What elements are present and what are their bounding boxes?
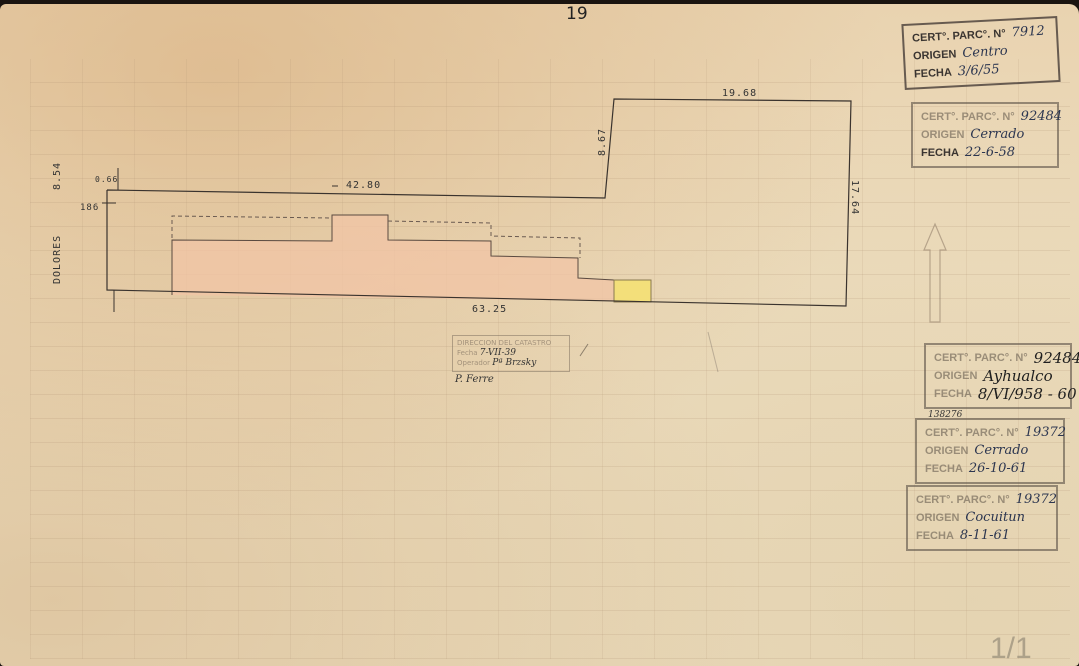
frontage-dimension: 8.54 (52, 162, 63, 190)
built-area (172, 215, 614, 301)
side-marker: 186 (80, 203, 99, 213)
offset-dimension: 0.66 (95, 175, 118, 184)
north-arrow-icon (922, 222, 948, 326)
date-label: FECHA (914, 64, 953, 84)
origin-value: Cerrado (974, 442, 1028, 460)
cert-number: 7912 (1011, 23, 1045, 43)
date-value: 8/VI/958 - 60 (978, 385, 1077, 403)
origin-value: Cerrado (970, 126, 1024, 144)
catastro-signature: P. Ferre (455, 374, 494, 385)
street-label: DOLORES (52, 235, 63, 284)
catastro-stamp: DIRECCION DEL CATASTRO Fecha 7-VII-39 Op… (452, 335, 570, 372)
origin-label: ORIGEN (925, 442, 968, 460)
catastro-operator: Pª Brzsky (492, 358, 536, 368)
cert-number: 92484 (1034, 349, 1079, 367)
date-value: 8-11-61 (960, 527, 1010, 545)
cert-number: 92484 (1021, 108, 1062, 126)
date-label: FECHA (925, 460, 963, 478)
cert-label: CERT°. PARC°. N° (925, 424, 1019, 442)
cert-label: CERT°. PARC°. N° (921, 108, 1015, 126)
parcel-stamp-3: CERT°. PARC°. N°92484 ORIGENAyhualco FEC… (924, 343, 1072, 409)
parcel-stamp-2: CERT°. PARC°. N°92484 ORIGENCerrado FECH… (911, 102, 1059, 168)
origin-value: Centro (962, 43, 1008, 63)
page-count: 1/1 (990, 632, 1032, 666)
parcel-stamp-1: CERT°. PARC°. N°7912 ORIGENCentro FECHA3… (901, 16, 1060, 90)
origin-label: ORIGEN (913, 45, 957, 65)
cert-number: 19372 (1025, 424, 1066, 442)
cert-number: 19372 (1016, 491, 1057, 509)
step-dimension: 8.67 (597, 128, 608, 156)
date-value: 22-6-58 (965, 144, 1015, 162)
origin-value: Cocuitun (965, 509, 1025, 527)
date-label: FECHA (916, 527, 954, 545)
top-right-dimension: 19.68 (722, 88, 757, 99)
parcel-stamp-4: CERT°. PARC°. N°19372 ORIGENCerrado FECH… (915, 418, 1065, 484)
origin-label: ORIGEN (916, 509, 959, 527)
origin-label: ORIGEN (921, 126, 964, 144)
operator-label: Operador (457, 359, 490, 367)
catastro-stamp-title: DIRECCION DEL CATASTRO (457, 338, 565, 348)
origin-label: ORIGEN (934, 367, 977, 385)
cert-label: CERT°. PARC°. N° (934, 349, 1028, 367)
date-label: FECHA (921, 144, 959, 162)
origin-value: Ayhualco (983, 367, 1052, 385)
date-label: Fecha (457, 349, 478, 357)
catastro-date: 7-VII-39 (480, 348, 516, 358)
right-side-dimension: 17.64 (849, 180, 860, 215)
lot-plan-drawing (0, 0, 1079, 666)
cert-label: CERT°. PARC°. N° (916, 491, 1010, 509)
parcel-stamp-5: CERT°. PARC°. N°19372 ORIGENCocuitun FEC… (906, 485, 1058, 551)
date-label: FECHA (934, 385, 972, 403)
highlighted-lot (614, 280, 651, 302)
date-value: 26-10-61 (969, 460, 1027, 478)
bottom-dimension: 63.25 (472, 304, 507, 315)
top-left-dimension: 42.80 (346, 180, 381, 191)
date-value: 3/6/55 (957, 61, 1000, 81)
